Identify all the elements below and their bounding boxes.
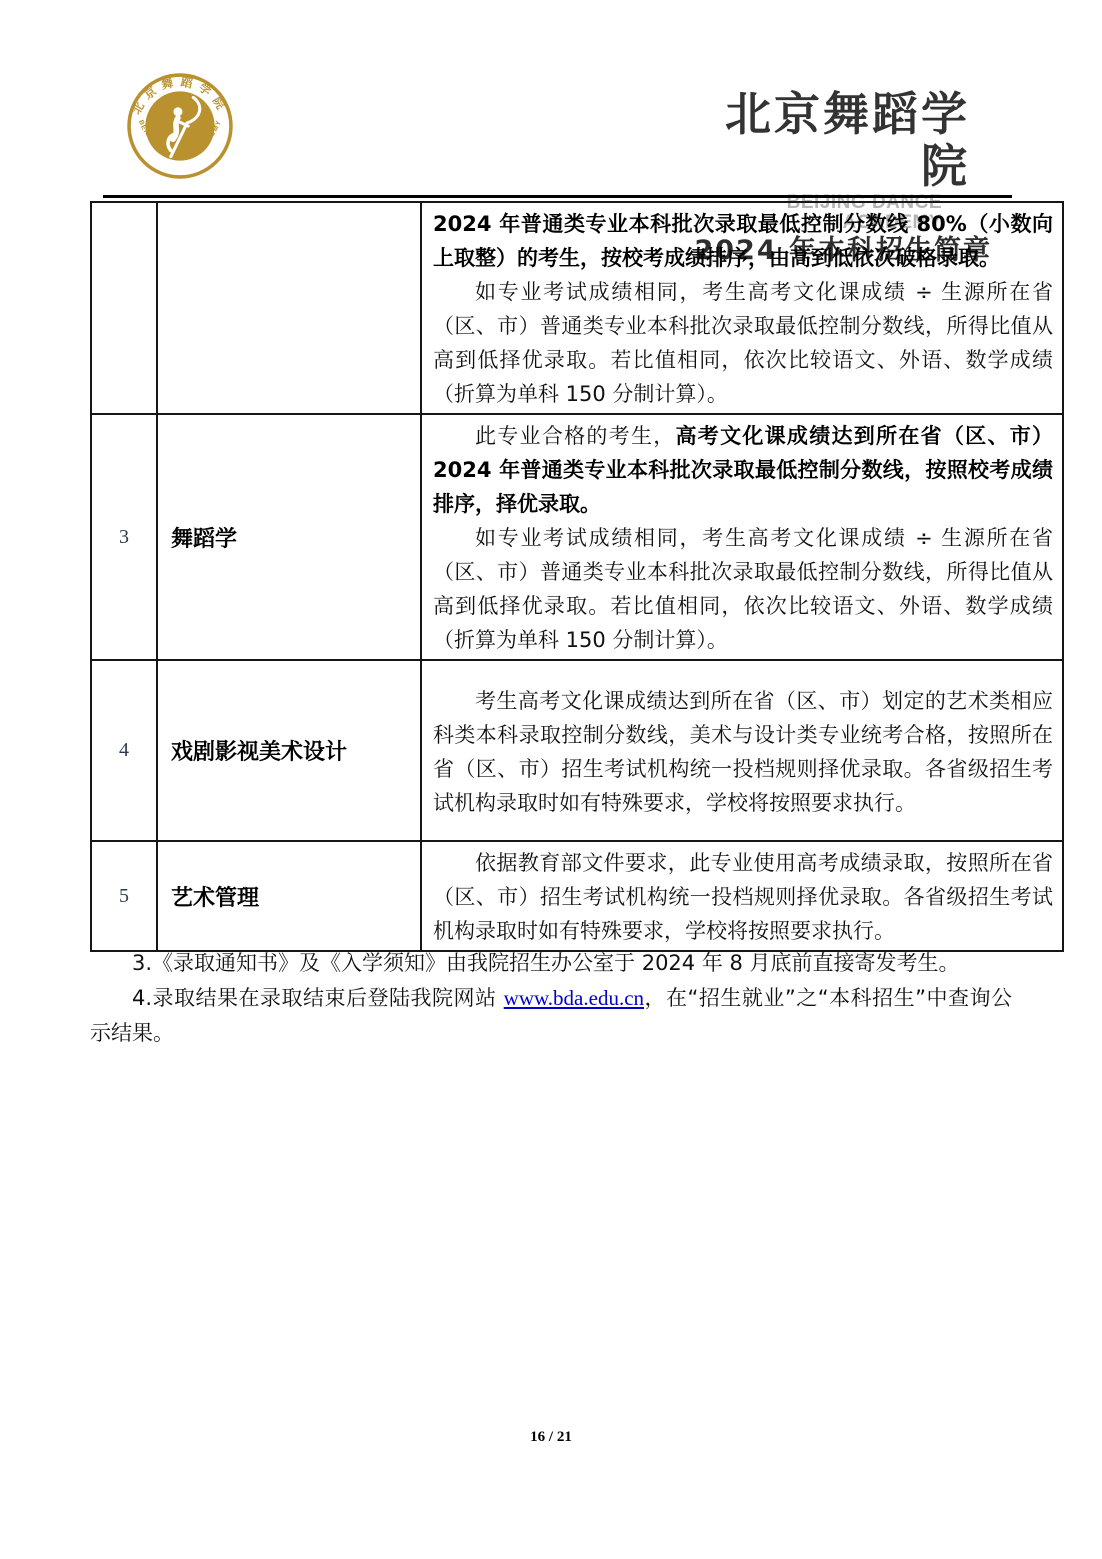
cell-row-number: 5 <box>91 841 157 951</box>
cell-major-name: 舞蹈学 <box>157 414 421 660</box>
rule-paragraph: 如专业考试成绩相同，考生高考文化课成绩 ÷ 生源所在省（区、市）普通类专业本科批… <box>433 275 1053 411</box>
rule-paragraph: 依据教育部文件要求，此专业使用高考成绩录取，按照所在省（区、市）招生考试机构统一… <box>433 846 1053 948</box>
note-4: 4.录取结果在录取结束后登陆我院网站 www.bda.edu.cn，在“招生就业… <box>90 981 1012 1051</box>
academy-name-cn: 北京舞蹈学院 <box>690 88 992 192</box>
cell-row-number <box>91 202 157 414</box>
cell-rule-text: 依据教育部文件要求，此专业使用高考成绩录取，按照所在省（区、市）招生考试机构统一… <box>421 841 1063 951</box>
seal-icon: 北京舞蹈学院 BEIJING DANCE ACADEMY <box>126 72 234 180</box>
rule-text-regular: 此专业合格的考生， <box>475 424 676 448</box>
table-row-3: 3 舞蹈学 此专业合格的考生，高考文化课成绩达到所在省（区、市）2024 年普通… <box>91 414 1063 660</box>
table-row-4: 4 戏剧影视美术设计 考生高考文化课成绩达到所在省（区、市）划定的艺术类相应科类… <box>91 660 1063 841</box>
table-row-5: 5 艺术管理 依据教育部文件要求，此专业使用高考成绩录取，按照所在省（区、市）招… <box>91 841 1063 951</box>
academy-website-link[interactable]: www.bda.edu.cn <box>504 986 644 1010</box>
rule-paragraph-bold: 2024 年普通类专业本科批次录取最低控制分数线 80%（小数向上取整）的考生，… <box>433 207 1053 275</box>
table-row-continuation: 2024 年普通类专业本科批次录取最低控制分数线 80%（小数向上取整）的考生，… <box>91 202 1063 414</box>
rule-paragraph: 如专业考试成绩相同，考生高考文化课成绩 ÷ 生源所在省（区、市）普通类专业本科批… <box>433 521 1053 657</box>
cell-major-name <box>157 202 421 414</box>
note-4-pre: 4.录取结果在录取结束后登陆我院网站 <box>132 986 504 1010</box>
header-divider <box>103 195 1012 198</box>
page-number: 16 / 21 <box>0 1429 1102 1446</box>
cell-rule-text: 考生高考文化课成绩达到所在省（区、市）划定的艺术类相应科类本科录取控制分数线，美… <box>421 660 1063 841</box>
cell-rule-text: 此专业合格的考生，高考文化课成绩达到所在省（区、市）2024 年普通类专业本科批… <box>421 414 1063 660</box>
note-3: 3.《录取通知书》及《入学须知》由我院招生办公室于 2024 年 8 月底前直接… <box>90 946 1012 981</box>
rule-paragraph: 考生高考文化课成绩达到所在省（区、市）划定的艺术类相应科类本科录取控制分数线，美… <box>433 684 1053 820</box>
cell-row-number: 4 <box>91 660 157 841</box>
cell-major-name: 艺术管理 <box>157 841 421 951</box>
academy-seal-logo: 北京舞蹈学院 BEIJING DANCE ACADEMY <box>126 72 234 180</box>
notes-section: 3.《录取通知书》及《入学须知》由我院招生办公室于 2024 年 8 月底前直接… <box>90 946 1012 1051</box>
cell-major-name: 戏剧影视美术设计 <box>157 660 421 841</box>
cell-rule-text: 2024 年普通类专业本科批次录取最低控制分数线 80%（小数向上取整）的考生，… <box>421 202 1063 414</box>
rule-text-bold: 2024 年普通类专业本科批次录取最低控制分数线 80%（小数向上取整）的考生，… <box>433 212 1053 270</box>
cell-row-number: 3 <box>91 414 157 660</box>
document-page: 北京舞蹈学院 BEIJING DANCE ACADEMY 北京舞蹈学院 BEIJ… <box>0 0 1102 1559</box>
admission-rules-table: 2024 年普通类专业本科批次录取最低控制分数线 80%（小数向上取整）的考生，… <box>90 201 1064 952</box>
rule-paragraph-mixed: 此专业合格的考生，高考文化课成绩达到所在省（区、市）2024 年普通类专业本科批… <box>433 419 1053 521</box>
